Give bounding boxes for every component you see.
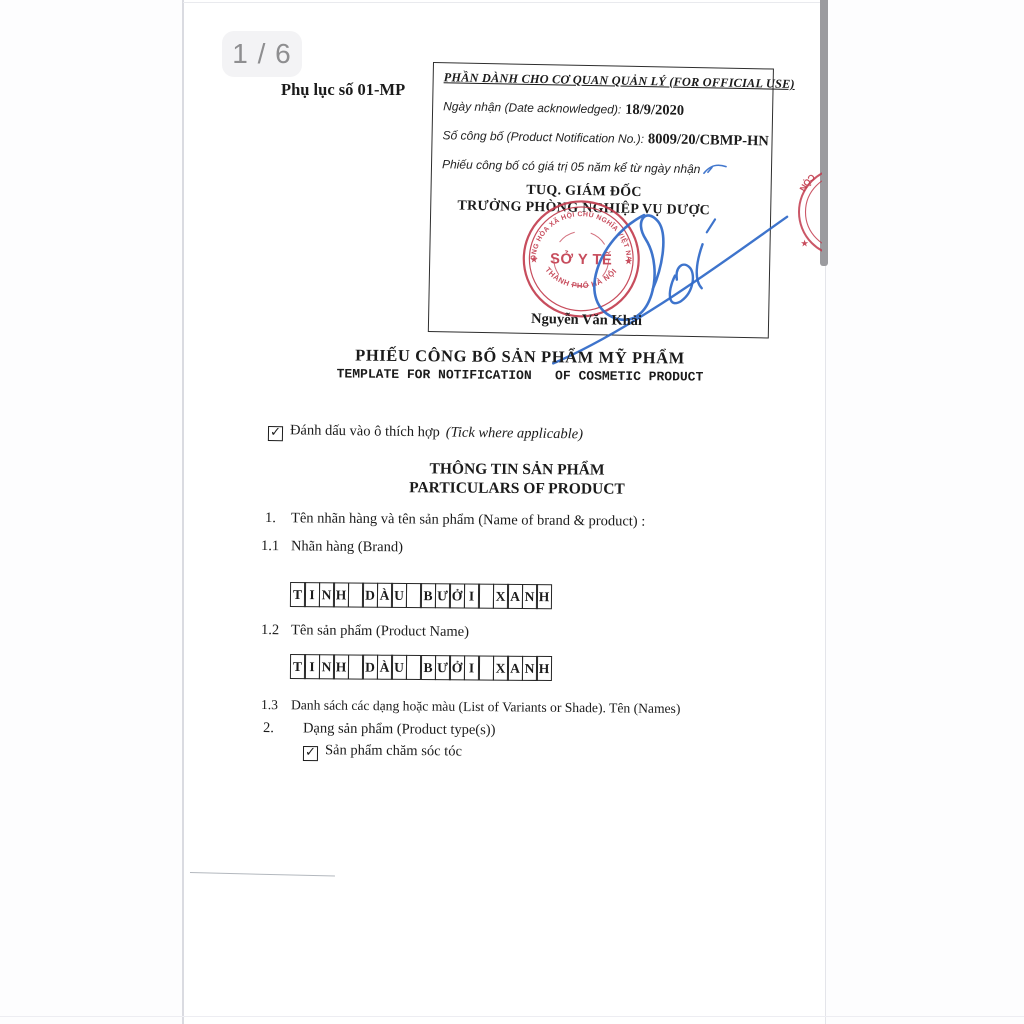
- page-top-edge: [183, 2, 823, 3]
- letter-cell: H: [536, 656, 552, 681]
- letter-cell: H: [536, 584, 552, 609]
- notification-line: Số công bố (Product Notification No.): 8…: [442, 126, 769, 150]
- validity-note: Phiếu công bố có giá trị 05 năm kể từ ng…: [442, 157, 701, 176]
- official-use-heading: PHẦN DÀNH CHO CƠ QUAN QUẢN LÝ (FOR OFFIC…: [444, 70, 795, 92]
- item-1-2-number: 1.2: [261, 622, 291, 639]
- notification-label: Số công bố (Product Notification No.):: [442, 128, 644, 146]
- viewer-canvas: { "viewer": { "page_indicator": "1 / 6" …: [0, 0, 1024, 1024]
- checked-checkbox-icon: ✓: [268, 426, 283, 441]
- doc-title-vi: PHIẾU CÔNG BỐ SẢN PHẨM MỸ PHẨM: [290, 345, 750, 369]
- section-title-en: PARTICULARS OF PRODUCT: [287, 478, 747, 499]
- product-letter-boxes: TINHDÀUBƯỞIXANH: [291, 654, 552, 681]
- product-type-label: Sản phẩm chăm sóc tóc: [325, 742, 462, 759]
- brand-letter-boxes: TINHDÀUBƯỞIXANH: [291, 582, 552, 609]
- item-1-line: 1.Tên nhãn hàng và tên sản phẩm (Name of…: [265, 510, 645, 531]
- item-2-text: Dạng sản phẩm (Product type(s)): [303, 720, 496, 738]
- item-1-2-text: Tên sản phẩm (Product Name): [291, 622, 469, 640]
- date-value: 18/9/2020: [625, 102, 684, 119]
- item-2-number: 2.: [263, 720, 303, 737]
- date-label: Ngày nhận (Date acknowledged):: [443, 99, 621, 116]
- appendix-label: Phụ lục số 01-MP: [281, 80, 405, 100]
- item-1-1-text: Nhãn hàng (Brand): [291, 538, 403, 555]
- item-2-line: 2.Dạng sản phẩm (Product type(s)): [263, 720, 496, 739]
- product-type-check-line: ✓Sản phẩm chăm sóc tóc: [303, 742, 462, 763]
- date-line: Ngày nhận (Date acknowledged): 18/9/2020: [443, 97, 684, 120]
- tick-note-en: (Tick where applicable): [446, 424, 583, 442]
- section-title-vi: THÔNG TIN SẢN PHẨM: [287, 459, 747, 480]
- product-type-checkbox-icon: ✓: [303, 746, 318, 761]
- page-indicator-badge: 1 / 6: [222, 31, 302, 77]
- notification-value: 8009/20/CBMP-HN: [648, 131, 769, 149]
- item-1-1-number: 1.1: [261, 538, 291, 555]
- item-1-text: Tên nhãn hàng và tên sản phẩm (Name of b…: [291, 510, 645, 529]
- official-use-box: PHẦN DÀNH CHO CƠ QUAN QUẢN LÝ (FOR OFFIC…: [428, 62, 774, 338]
- tick-note-vi: Đánh dấu vào ô thích hợp: [290, 422, 440, 440]
- bottom-hairline: [0, 1016, 1024, 1017]
- item-1-3-number: 1.3: [261, 697, 291, 713]
- item-1-number: 1.: [265, 510, 291, 527]
- item-1-3-text: Danh sách các dạng hoặc màu (List of Var…: [291, 697, 681, 716]
- item-1-1-line: 1.1Nhãn hàng (Brand): [261, 538, 403, 556]
- page-indicator-label: 1 / 6: [232, 38, 291, 70]
- item-1-2-line: 1.2Tên sản phẩm (Product Name): [261, 622, 469, 641]
